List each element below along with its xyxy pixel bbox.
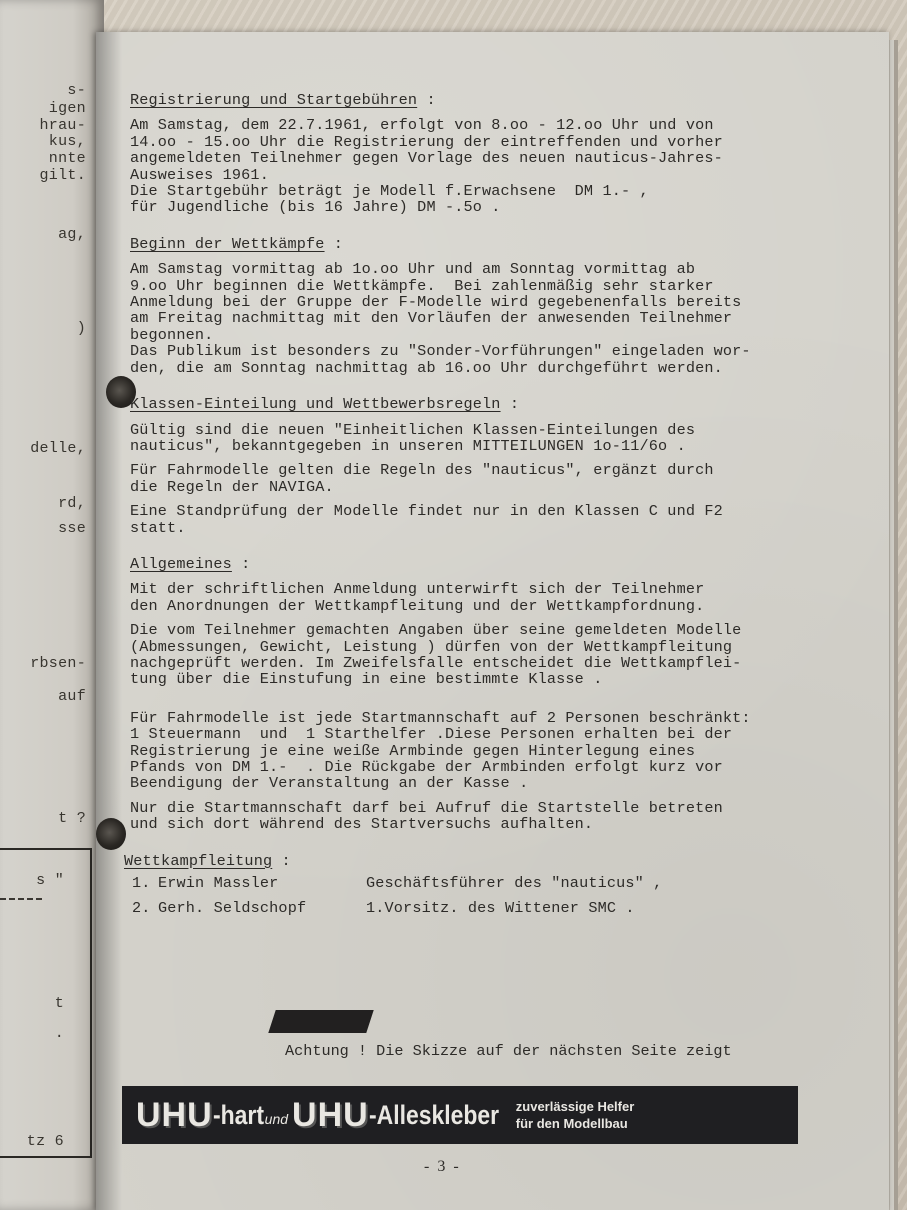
- left-page-text-line: t ?: [58, 810, 86, 827]
- ad-tagline: zuverlässige Helfer für den Modellbau: [516, 1098, 635, 1132]
- section-heading: Registrierung und Startgebühren: [130, 91, 417, 109]
- document-section: Für Fahrmodelle ist jede Startmannschaft…: [130, 710, 810, 833]
- document-body: Registrierung und Startgebühren :Am Sams…: [130, 92, 810, 921]
- spine-shadow: [96, 32, 122, 1210]
- ad-brand-2: UHU: [292, 1096, 369, 1135]
- uhu-advertisement-banner: UHU -hart und UHU -Alleskleber zuverläss…: [122, 1086, 798, 1144]
- paragraph: Am Samstag vormittag ab 1o.oo Uhr und am…: [130, 261, 810, 376]
- ad-product-2: -Alleskleber: [369, 1100, 499, 1131]
- left-page-fragment: s-igenhrau-kus,nntegilt.ag,)delle,rd,sse…: [0, 0, 104, 1210]
- ad-brand: UHU: [136, 1096, 213, 1135]
- document-section: Registrierung und Startgebühren :Am Sams…: [130, 92, 810, 216]
- notice-arrow-bar: [268, 1010, 373, 1033]
- document-section: Klassen-Einteilung und Wettbewerbsregeln…: [130, 396, 810, 536]
- section-heading: Wettkampfleitung: [124, 852, 272, 870]
- section-heading: Klassen-Einteilung und Wettbewerbsregeln: [130, 395, 501, 413]
- left-page-text-line: s-: [67, 82, 86, 99]
- left-page-text-line: rd,: [58, 495, 86, 512]
- member-name: Erwin Massler: [158, 875, 366, 891]
- left-page-text-line: gilt.: [39, 167, 86, 184]
- left-page-text-line: nnte: [49, 150, 86, 167]
- left-page-dashed-line: [0, 898, 42, 900]
- left-page-text-line: delle,: [30, 440, 86, 457]
- paragraph: Eine Standprüfung der Modelle findet nur…: [130, 503, 810, 536]
- left-page-text-line: hrau-: [39, 117, 86, 134]
- leitung-member: 1. Erwin Massler Geschäftsführer des "na…: [132, 871, 810, 896]
- left-page-text-line: auf: [58, 688, 86, 705]
- section-wettkampfleitung: Wettkampfleitung : 1. Erwin Massler Gesc…: [124, 853, 810, 921]
- paragraph: Nur die Startmannschaft darf bei Aufruf …: [130, 800, 810, 833]
- left-page-text-line: ag,: [58, 226, 86, 243]
- paragraph: Die vom Teilnehmer gemachten Angaben übe…: [130, 622, 810, 688]
- paragraph: Für Fahrmodelle ist jede Startmannschaft…: [130, 710, 810, 792]
- left-page-text-line: sse: [58, 520, 86, 537]
- member-name: Gerh. Seldschopf: [158, 900, 366, 916]
- binding-hole-lower: [96, 818, 126, 850]
- leitung-member: 2. Gerh. Seldschopf 1.Vorsitz. des Witte…: [132, 896, 810, 921]
- page-number: - 3 -: [424, 1158, 461, 1176]
- section-heading: Beginn der Wettkämpfe: [130, 235, 325, 253]
- paragraph: Für Fahrmodelle gelten die Regeln des "n…: [130, 462, 810, 495]
- member-role: Geschäftsführer des "nauticus" ,: [366, 875, 662, 891]
- paragraph: Mit der schriftlichen Anmeldung unterwir…: [130, 581, 810, 614]
- paragraph: Am Samstag, dem 22.7.1961, erfolgt von 8…: [130, 117, 810, 215]
- member-role: 1.Vorsitz. des Wittener SMC .: [366, 900, 635, 916]
- document-section: Beginn der Wettkämpfe :Am Samstag vormit…: [130, 236, 810, 376]
- ad-product-1: -hart: [213, 1100, 264, 1131]
- section-heading: Allgemeines: [130, 555, 232, 573]
- left-page-text-line: kus,: [49, 133, 86, 150]
- left-page-text-line: rbsen-: [30, 655, 86, 672]
- left-page-boxed-section: [0, 848, 92, 1158]
- left-page-text-line: ): [77, 320, 86, 337]
- paragraph: Gültig sind die neuen "Einheitlichen Kla…: [130, 422, 810, 455]
- ad-connector: und: [265, 1111, 288, 1127]
- leitung-list: 1. Erwin Massler Geschäftsführer des "na…: [132, 871, 810, 921]
- document-section: Allgemeines :Mit der schriftlichen Anmel…: [130, 556, 810, 688]
- left-page-text-line: igen: [49, 100, 86, 117]
